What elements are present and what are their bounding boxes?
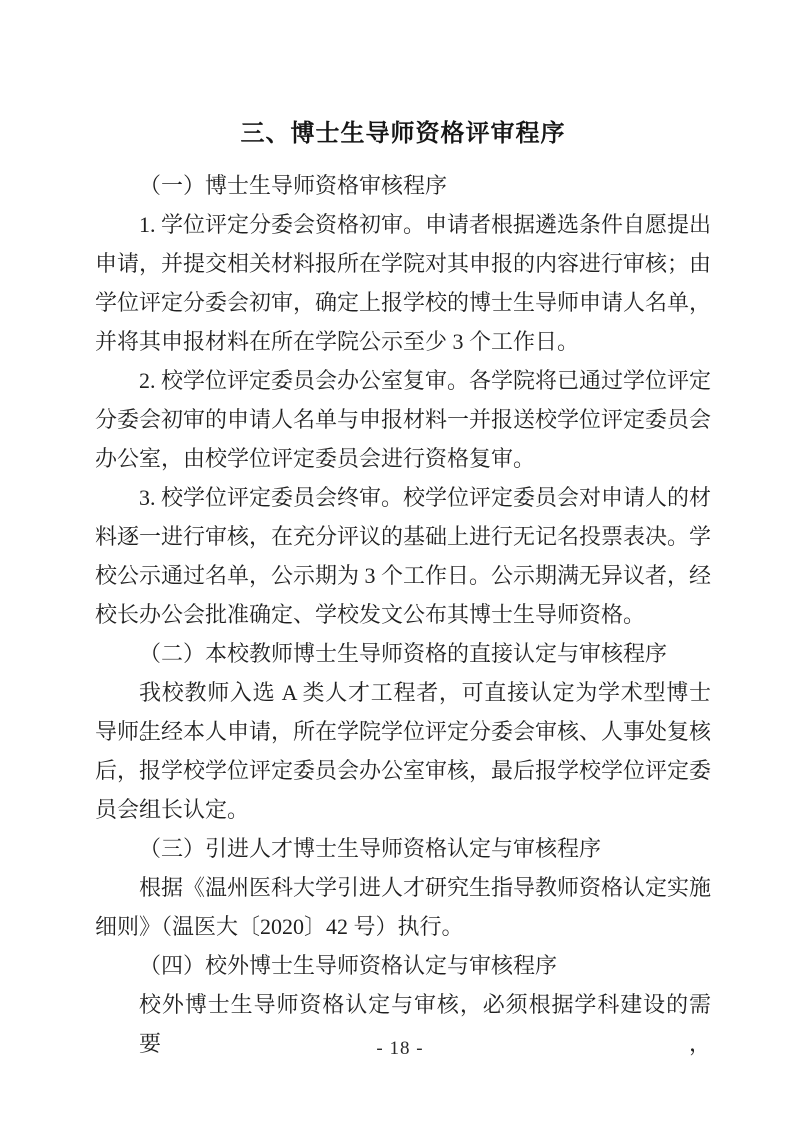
text-line: 办公室，由校学位评定委员会进行资格复审。 — [95, 439, 711, 478]
text-line: （一）博士生导师资格审核程序 — [95, 166, 711, 205]
text-line: 我校教师入选 A 类人才工程者，可直接认定为学术型博士生 — [95, 673, 711, 712]
text-line: 2. 校学位评定委员会办公室复审。各学院将已通过学位评定 — [95, 361, 711, 400]
text-line: 校长办公会批准确定、学校发文公布其博士生导师资格。 — [95, 595, 711, 634]
text-line: （四）校外博士生导师资格认定与审核程序 — [95, 946, 711, 985]
text-line: 细则》（温医大〔2020〕42 号）执行。 — [95, 907, 711, 946]
page-title: 三、博士生导师资格评审程序 — [95, 118, 711, 164]
text-line: （二）本校教师博士生导师资格的直接认定与审核程序 — [95, 634, 711, 673]
text-line: 根据《温州医科大学引进人才研究生指导教师资格认定实施 — [95, 868, 711, 907]
text-line: 员会组长认定。 — [95, 790, 711, 829]
text-line: 校公示通过名单，公示期为 3 个工作日。公示期满无异议者，经 — [95, 556, 711, 595]
page-number: - 18 - — [0, 1038, 800, 1060]
text-line: 校外博士生导师资格认定与审核，必须根据学科建设的需要， — [95, 985, 711, 1024]
text-line: 导师。经本人申请，所在学院学位评定分委会审核、人事处复核 — [95, 712, 711, 751]
text-line: 3. 校学位评定委员会终审。校学位评定委员会对申请人的材 — [95, 478, 711, 517]
text-line: 后，报学校学位评定委员会办公室审核，最后报学校学位评定委 — [95, 751, 711, 790]
document-page: 三、博士生导师资格评审程序 （一）博士生导师资格审核程序1. 学位评定分委会资格… — [0, 0, 800, 1131]
text-line: 分委会初审的申请人名单与申报材料一并报送校学位评定委员会 — [95, 400, 711, 439]
text-line: 学位评定分委会初审，确定上报学校的博士生导师申请人名单， — [95, 283, 711, 322]
text-line: 并将其申报材料在所在学院公示至少 3 个工作日。 — [95, 322, 711, 361]
document-body: （一）博士生导师资格审核程序1. 学位评定分委会资格初审。申请者根据遴选条件自愿… — [95, 166, 711, 1024]
text-line: 1. 学位评定分委会资格初审。申请者根据遴选条件自愿提出 — [95, 205, 711, 244]
text-line: （三）引进人才博士生导师资格认定与审核程序 — [95, 829, 711, 868]
text-line: 申请，并提交相关材料报所在学院对其申报的内容进行审核；由 — [95, 244, 711, 283]
text-line: 料逐一进行审核，在充分评议的基础上进行无记名投票表决。学 — [95, 517, 711, 556]
